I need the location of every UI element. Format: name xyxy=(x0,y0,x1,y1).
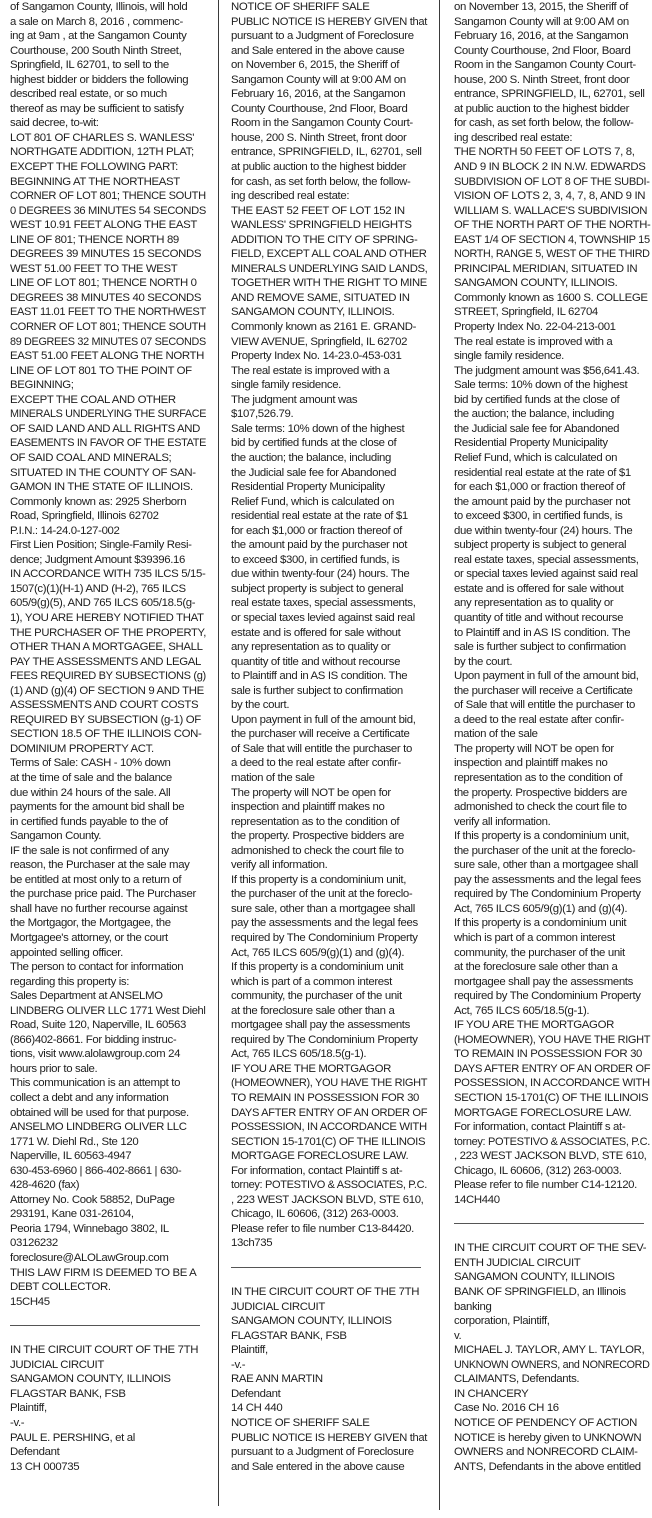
notice-text-line: which is part of a common interest xyxy=(454,931,650,946)
notice-text-line: If this property is a condominium unit, xyxy=(231,873,427,888)
notice-text-line: Act, 765 ILCS 605/9(g)(1) and (g)(4). xyxy=(454,902,650,917)
notice-text-line: (866)402-8661. For bidding instruc- xyxy=(10,1033,206,1048)
notice-text-line: Commonly known as 1600 S. COLLEGE xyxy=(454,291,650,306)
notice-text-line: or special taxes levied against said rea… xyxy=(454,567,650,582)
notice-text-line: Relief Fund, which is calculated on xyxy=(231,495,427,510)
notice-text-line: Mortgagee's attorney, or the court xyxy=(10,931,206,946)
notice-text-line: PAY THE ASSESSMENTS AND LEGAL xyxy=(10,655,206,670)
notice-separator xyxy=(10,1325,200,1326)
notice-text-line: pursuant to a Judgment of Foreclosure xyxy=(231,1445,427,1460)
notice-text-line: JUDICIAL CIRCUIT xyxy=(231,1300,427,1315)
notice-text-line: Please refer to file number C14-12120. xyxy=(454,1178,650,1193)
notice-text-line: POSSESSION, IN ACCORDANCE WITH xyxy=(231,1120,425,1135)
notice-text-line: the purchaser of the unit at the foreclo… xyxy=(231,887,427,902)
notice-text-line: , 223 WEST JACKSON BLVD, STE 610, xyxy=(454,1149,650,1164)
notice-text-line: FLAGSTAR BANK, FSB xyxy=(10,1387,206,1402)
notice-text-line: collect a debt and any information xyxy=(10,1091,206,1106)
notice-text-line: $107,526.79. xyxy=(231,407,427,422)
notice-text-line: NOTICE OF SHERIFF SALE xyxy=(231,0,427,15)
notice-text-line: representation as to the condition of xyxy=(454,771,650,786)
notice-text-line: pay the assessments and the legal fees xyxy=(231,916,427,931)
notice-text-line: NOTICE is hereby given to UNKNOWN xyxy=(454,1431,650,1446)
notice-text-line: TO REMAIN IN POSSESSION FOR 30 xyxy=(454,1047,650,1062)
notice-text-line: DAYS AFTER ENTRY OF AN ORDER OF xyxy=(231,1106,422,1121)
notice-text-line: 605/9(g)(5), AND 765 ILCS 605/18.5(g- xyxy=(10,596,206,611)
notice-text-line: Act, 765 ILCS 605/18.5(g-1). xyxy=(231,1047,427,1062)
notice-text-line: the purchaser will receive a Certificate xyxy=(454,684,650,699)
notice-text-line: SANGAMON COUNTY, ILLINOIS xyxy=(231,1314,427,1329)
notice-text-line: Sangamon County will at 9:00 AM on xyxy=(454,15,650,30)
notice-text-line: Relief Fund, which is calculated on xyxy=(454,451,650,466)
notice-text-line: EASEMENTS IN FAVOR OF THE ESTATE xyxy=(10,436,197,451)
notice-separator xyxy=(454,1223,644,1224)
notice-text-line: Sangamon County will at 9:00 AM on xyxy=(231,73,427,88)
notice-text-line: 89 DEGREES 32 MINUTES 07 SECONDS xyxy=(10,335,196,350)
notice-text-line: real estate taxes, special assessments, xyxy=(454,553,650,568)
notice-text-line: payments for the amount bid shall be xyxy=(10,800,206,815)
notice-text-line: mation of the sale xyxy=(454,727,650,742)
notice-text-line: Act, 765 ILCS 605/9(g)(1) and (g)(4). xyxy=(231,946,427,961)
notice-text-line: required by The Condominium Property xyxy=(231,1033,427,1048)
notice-text-line: VIEW AVENUE, Springfield, IL 62702 xyxy=(231,335,427,350)
notice-text-line: February 16, 2016, at the Sangamon xyxy=(454,29,650,44)
notice-text-line: by the court. xyxy=(231,698,427,713)
notice-text-line: SITUATED IN THE COUNTY OF SAN- xyxy=(10,466,206,481)
notice-text-line: Upon payment in full of the amount bid, xyxy=(231,713,427,728)
notice-text-line: inspection and plaintiff makes no xyxy=(231,800,427,815)
notice-text-line: 0 DEGREES 36 MINUTES 54 SECONDS xyxy=(10,204,202,219)
notice-text-line: FEES REQUIRED BY SUBSECTIONS (g) xyxy=(10,669,200,684)
notice-text-line: SECTION 15-1701(C) OF THE ILLINOIS xyxy=(231,1135,427,1150)
notice-text-line: Sale terms: 10% down of the highest xyxy=(231,422,427,437)
notice-text-line: residential real estate at the rate of $… xyxy=(231,509,427,524)
notice-text-line: of Sale that will entitle the purchaser … xyxy=(231,742,427,757)
notice-text-line: Please refer to file number C13-84420. xyxy=(231,1222,427,1237)
notice-text-line: Chicago, IL 60606, (312) 263-0003. xyxy=(454,1164,650,1179)
notice-text-line: IF YOU ARE THE MORTGAGOR xyxy=(454,1018,650,1033)
notice-text-line: EXCEPT THE COAL AND OTHER xyxy=(10,393,206,408)
notice-text-line: If this property is a condominium unit xyxy=(231,960,427,975)
notice-text-line: ing described real estate: xyxy=(231,189,427,204)
notice-text-line: EAST 11.01 FEET TO THE NORTHWEST xyxy=(10,305,200,320)
notice-text-line: LINDBERG OLIVER LLC 1771 West Diehl xyxy=(10,1004,200,1019)
notice-text-line: community, the purchaser of the unit xyxy=(454,946,650,961)
notice-text-line: Upon payment in full of the amount bid, xyxy=(454,669,650,684)
notice-text-line: GAMON IN THE STATE OF ILLINOIS. xyxy=(10,480,206,495)
notice-text-line: WANLESS' SPRINGFIELD HEIGHTS xyxy=(231,218,427,233)
notice-text-line: If this property is a condominium unit, xyxy=(454,829,650,844)
notice-text-line: for each $1,000 or fraction thereof of xyxy=(454,480,650,495)
notice-text-line: Plaintiff, xyxy=(231,1343,427,1358)
notice-text-line: For information, contact Plaintiff s at- xyxy=(231,1164,427,1179)
notice-text-line: For information, contact Plaintiff s at- xyxy=(454,1120,650,1135)
notice-text-line: Sangamon County. xyxy=(10,829,206,844)
notice-text-line: PUBLIC NOTICE IS HEREBY GIVEN that xyxy=(231,1431,423,1446)
notice-text-line: EXCEPT THE FOLLOWING PART: xyxy=(10,160,206,175)
notice-text-line: MINERALS UNDERLYING SAID LANDS, xyxy=(231,262,425,277)
notice-text-line: at the foreclosure sale other than a xyxy=(454,960,650,975)
notice-text-line: POSSESSION, IN ACCORDANCE WITH xyxy=(454,1076,648,1091)
notice-text-line: RAE ANN MARTIN xyxy=(231,1372,427,1387)
notice-text-line: Springfield, IL 62701, to sell to the xyxy=(10,58,206,73)
notice-text-line: for cash, as set forth below, the follow… xyxy=(231,175,427,190)
notice-text-line: 1771 W. Diehl Rd., Ste 120 xyxy=(10,1135,206,1150)
notice-text-line: ANSELMO LINDBERG OLIVER LLC xyxy=(10,1120,206,1135)
notice-text-line: shall have no further recourse against xyxy=(10,902,206,917)
notice-text-line: PUBLIC NOTICE IS HEREBY GIVEN that xyxy=(231,15,423,30)
notice-text-line: sure sale, other than a mortgagee shall xyxy=(231,902,427,917)
notice-text-line: THE PURCHASER OF THE PROPERTY, xyxy=(10,626,203,641)
notice-text-line: Residential Property Municipality xyxy=(231,480,427,495)
notice-text-line: OTHER THAN A MORTGAGEE, SHALL xyxy=(10,640,206,655)
notice-text-line: real estate taxes, special assessments, xyxy=(231,596,427,611)
notice-text-line: quantity of title and without recourse xyxy=(454,611,650,626)
notice-text-line: NOTICE OF PENDENCY OF ACTION xyxy=(454,1416,650,1431)
notice-text-line: Road, Springfield, Illinois 62702 xyxy=(10,509,206,524)
notice-text-line: Commonly known as: 2925 Sherborn xyxy=(10,495,206,510)
notice-text-line: foreclosure@ALOLawGroup.com xyxy=(10,1251,206,1266)
notice-text-line: Commonly known as 2161 E. GRAND- xyxy=(231,320,427,335)
legal-notice: NOTICE OF SHERIFF SALEPUBLIC NOTICE IS H… xyxy=(231,0,427,1251)
notice-text-line: admonished to check the court file to xyxy=(231,844,427,859)
notice-text-line: CORNER OF LOT 801; THENCE SOUTH xyxy=(10,320,201,335)
notice-text-line: (1) AND (g)(4) OF SECTION 9 AND THE xyxy=(10,684,206,699)
legal-notice: of Sangamon County, Illinois, will holda… xyxy=(10,0,206,1309)
notice-text-line: due within twenty-four (24) hours. The xyxy=(231,567,427,582)
notice-text-line: at the time of sale and the balance xyxy=(10,771,206,786)
notice-text-line: The property will NOT be open for xyxy=(231,786,427,801)
notice-text-line: DAYS AFTER ENTRY OF AN ORDER OF xyxy=(454,1062,645,1077)
notice-text-line: The judgment amount was $56,641.43. xyxy=(454,364,650,379)
notice-text-line: required by The Condominium Property xyxy=(454,989,650,1004)
notice-text-line: The real estate is improved with a xyxy=(454,335,650,350)
notice-text-line: ANTS, Defendants in the above entitled xyxy=(454,1460,650,1475)
notice-text-line: If this property is a condominium unit xyxy=(454,916,650,931)
notice-text-line: County Courthouse, 2nd Floor, Board xyxy=(454,44,650,59)
notice-text-line: sale is further subject to confirmation xyxy=(454,640,650,655)
notice-text-line: Road, Suite 120, Naperville, IL 60563 xyxy=(10,1018,206,1033)
legal-notices-page: of Sangamon County, Illinois, will holda… xyxy=(0,0,652,1518)
notice-text-line: THE EAST 52 FEET OF LOT 152 IN xyxy=(231,204,427,219)
notice-text-line: UNKNOWN OWNERS, and NONRECORD xyxy=(454,1358,639,1373)
notice-text-line: (HOMEOWNER), YOU HAVE THE RIGHT xyxy=(454,1033,643,1048)
notice-text-line: ing described real estate: xyxy=(454,131,650,146)
notice-text-line: IN ACCORDANCE WITH 735 ILCS 5/15- xyxy=(10,567,206,582)
notice-text-line: due within twenty-four (24) hours. The xyxy=(454,524,650,539)
notice-text-line: 14CH440 xyxy=(454,1193,650,1208)
notice-text-line: Case No. 2016 CH 16 xyxy=(454,1401,650,1416)
notice-text-line: by the court. xyxy=(454,655,650,670)
notice-text-line: OF THE NORTH PART OF THE NORTH- xyxy=(454,218,648,233)
column-left: of Sangamon County, Illinois, will holda… xyxy=(10,0,206,1474)
notice-text-line: bid by certified funds at the close of xyxy=(454,393,650,408)
notice-text-line: IF YOU ARE THE MORTGAGOR xyxy=(231,1062,427,1077)
notice-text-line: Property Index No. 14-23.0-453-031 xyxy=(231,349,427,364)
notice-text-line: EAST 1/4 OF SECTION 4, TOWNSHIP 15 xyxy=(454,233,644,248)
notice-text-line: sale is further subject to confirmation xyxy=(231,684,427,699)
notice-text-line: and Sale entered in the above cause xyxy=(231,1460,427,1475)
notice-separator xyxy=(231,1267,421,1268)
notice-text-line: verify all information. xyxy=(454,815,650,830)
notice-text-line: a sale on March 8, 2016 , commenc- xyxy=(10,15,206,30)
notice-text-line: in certified funds payable to the of xyxy=(10,815,206,830)
notice-text-line: the property. Prospective bidders are xyxy=(231,829,427,844)
notice-text-line: on November 6, 2015, the Sheriff of xyxy=(231,58,427,73)
notice-text-line: P.I.N.: 14-24.0-127-002 xyxy=(10,524,206,539)
notice-text-line: community, the purchaser of the unit xyxy=(231,989,427,1004)
notice-text-line: 13 CH 000735 xyxy=(10,1460,206,1475)
notice-text-line: Plaintiff, xyxy=(10,1401,206,1416)
notice-text-line: mortgagee shall pay the assessments xyxy=(231,1018,427,1033)
notice-text-line: STREET, Springfield, IL 62704 xyxy=(454,305,650,320)
notice-text-line: the property. Prospective bidders are xyxy=(454,786,650,801)
notice-text-line: February 16, 2016, at the Sangamon xyxy=(231,87,427,102)
notice-text-line: IN CHANCERY xyxy=(454,1387,650,1402)
notice-text-line: Room in the Sangamon County Court- xyxy=(454,58,650,73)
notice-text-line: SANGAMON COUNTY, ILLINOIS. xyxy=(231,305,427,320)
notice-text-line: The property will NOT be open for xyxy=(454,742,650,757)
notice-text-line: of Sale that will entitle the purchaser … xyxy=(454,698,650,713)
notice-text-line: SECTION 18.5 OF THE ILLINOIS CON- xyxy=(10,727,206,742)
notice-text-line: and Sale entered in the above cause xyxy=(231,44,427,59)
notice-text-line: the purchaser will receive a Certificate xyxy=(231,727,427,742)
notice-text-line: PRINCIPAL MERIDIAN, SITUATED IN xyxy=(454,262,650,277)
notice-text-line: , 223 WEST JACKSON BLVD, STE 610, xyxy=(231,1193,427,1208)
notice-text-line: the purchaser of the unit at the foreclo… xyxy=(454,844,650,859)
notice-text-line: 428-4620 (fax) xyxy=(10,1178,206,1193)
notice-text-line: Defendant xyxy=(231,1387,427,1402)
notice-text-line: described real estate, or so much xyxy=(10,87,206,102)
notice-text-line: the auction; the balance, including xyxy=(454,407,650,422)
notice-text-line: a deed to the real estate after confir- xyxy=(231,756,427,771)
notice-text-line: BANK OF SPRINGFIELD, an Illinois xyxy=(454,1285,650,1300)
notice-text-line: hours prior to sale. xyxy=(10,1062,206,1077)
notice-text-line: pursuant to a Judgment of Foreclosure xyxy=(231,29,427,44)
notice-text-line: Terms of Sale: CASH - 10% down xyxy=(10,756,206,771)
notice-text-line: verify all information. xyxy=(231,858,427,873)
notice-text-line: mation of the sale xyxy=(231,771,427,786)
notice-text-line: First Lien Position; Single-Family Resi- xyxy=(10,538,206,553)
notice-text-line: for cash, as set forth below, the follow… xyxy=(454,116,650,131)
notice-text-line: DEBT COLLECTOR. xyxy=(10,1280,206,1295)
notice-text-line: admonished to check the court file to xyxy=(454,800,650,815)
notice-text-line: BEGINNING; xyxy=(10,378,206,393)
notice-text-line: the purchase price paid. The Purchaser xyxy=(10,887,206,902)
notice-text-line: WEST 10.91 FEET ALONG THE EAST xyxy=(10,218,206,233)
notice-text-line: FLAGSTAR BANK, FSB xyxy=(231,1329,427,1344)
notice-text-line: house, 200 S. Ninth Street, front door xyxy=(454,73,650,88)
notice-text-line: 1507(c)(1)(H-1) AND (H-2), 765 ILCS xyxy=(10,582,206,597)
notice-text-line: TO REMAIN IN POSSESSION FOR 30 xyxy=(231,1091,427,1106)
notice-text-line: SUBDIVISION OF LOT 8 OF THE SUBDI- xyxy=(454,175,644,190)
notice-text-line: TOGETHER WITH THE RIGHT TO MINE xyxy=(231,276,424,291)
notice-text-line: ENTH JUDICIAL CIRCUIT xyxy=(454,1256,650,1271)
notice-text-line: DEGREES 38 MINUTES 40 SECONDS xyxy=(10,291,206,306)
notice-text-line: -v.- xyxy=(231,1358,427,1373)
notice-text-line: The person to contact for information xyxy=(10,960,206,975)
notice-text-line: LINE OF LOT 801 TO THE POINT OF xyxy=(10,364,206,379)
notice-text-line: a deed to the real estate after confir- xyxy=(454,713,650,728)
notice-text-line: at public auction to the highest bidder xyxy=(454,102,650,117)
notice-text-line: SANGAMON COUNTY, ILLINOIS xyxy=(10,1372,206,1387)
notice-text-line: to Plaintiff and in AS IS condition. The xyxy=(231,669,427,684)
notice-text-line: IN THE CIRCUIT COURT OF THE 7TH xyxy=(10,1343,206,1358)
notice-text-line: EAST 51.00 FEET ALONG THE NORTH xyxy=(10,349,206,364)
notice-text-line: estate and is offered for sale without xyxy=(454,582,650,597)
notice-text-line: MINERALS UNDERLYING THE SURFACE xyxy=(10,407,196,422)
notice-text-line: NORTH, RANGE 5, WEST OF THE THIRD xyxy=(454,247,640,262)
notice-text-line: single family residence. xyxy=(231,378,427,393)
notice-text-line: Act, 765 ILCS 605/18.5(g-1). xyxy=(454,1004,650,1019)
notice-text-line: required by The Condominium Property xyxy=(231,931,427,946)
notice-text-line: to exceed $300, in certified funds, is xyxy=(454,509,650,524)
notice-text-line: County Courthouse, 2nd Floor, Board xyxy=(231,102,427,117)
notice-text-line: representation as to the condition of xyxy=(231,815,427,830)
notice-text-line: subject property is subject to general xyxy=(454,538,650,553)
notice-text-line: any representation as to quality or xyxy=(454,596,650,611)
column-divider xyxy=(218,0,219,1506)
notice-text-line: OWNERS and NONRECORD CLAIM- xyxy=(454,1445,650,1460)
notice-text-line: NORTHGATE ADDITION, 12TH PLAT; xyxy=(10,145,206,160)
legal-notice: on November 13, 2015, the Sheriff ofSang… xyxy=(454,0,650,1207)
notice-text-line: OF SAID COAL AND MINERALS; xyxy=(10,451,206,466)
notice-text-line: Defendant xyxy=(10,1445,206,1460)
column-divider xyxy=(439,0,440,1510)
notice-text-line: entrance, SPRINGFIELD, IL, 62701, sell xyxy=(231,145,427,160)
column-middle: NOTICE OF SHERIFF SALEPUBLIC NOTICE IS H… xyxy=(231,0,427,1474)
notice-text-line: IN THE CIRCUIT COURT OF THE SEV- xyxy=(454,1241,650,1256)
notice-text-line: corporation, Plaintiff, xyxy=(454,1314,650,1329)
notice-text-line: v. xyxy=(454,1329,650,1344)
notice-text-line: THE NORTH 50 FEET OF LOTS 7, 8, xyxy=(454,145,650,160)
notice-text-line: house, 200 S. Ninth Street, front door xyxy=(231,131,427,146)
notice-text-line: the Judicial sale fee for Abandoned xyxy=(231,466,427,481)
notice-text-line: SANGAMON COUNTY, ILLINOIS xyxy=(454,1270,650,1285)
notice-text-line: FIELD, EXCEPT ALL COAL AND OTHER xyxy=(231,247,424,262)
notice-text-line: The real estate is improved with a xyxy=(231,364,427,379)
notice-text-line: Attorney No. Cook 58852, DuPage xyxy=(10,1193,206,1208)
notice-text-line: ADDITION TO THE CITY OF SPRING- xyxy=(231,233,427,248)
notice-text-line: AND 9 IN BLOCK 2 IN N.W. EDWARDS xyxy=(454,160,650,175)
notice-text-line: IN THE CIRCUIT COURT OF THE 7TH xyxy=(231,1285,427,1300)
notice-text-line: Sales Department at ANSELMO xyxy=(10,989,206,1004)
notice-text-line: bid by certified funds at the close of xyxy=(231,436,427,451)
notice-text-line: the Judicial sale fee for Abandoned xyxy=(454,422,650,437)
notice-text-line: for each $1,000 or fraction thereof of xyxy=(231,524,427,539)
notice-text-line: or special taxes levied against said rea… xyxy=(231,611,427,626)
notice-text-line: to Plaintiff and in AS IS condition. The xyxy=(454,626,650,641)
notice-text-line: inspection and plaintiff makes no xyxy=(454,756,650,771)
notice-text-line: mortgagee shall pay the assessments xyxy=(454,975,650,990)
notice-text-line: residential real estate at the rate of $… xyxy=(454,466,650,481)
notice-text-line: banking xyxy=(454,1300,650,1315)
notice-text-line: REQUIRED BY SUBSECTION (g-1) OF xyxy=(10,713,206,728)
notice-text-line: due within 24 hours of the sale. All xyxy=(10,786,206,801)
notice-text-line: Naperville, IL 60563-4947 xyxy=(10,1149,206,1164)
notice-text-line: the auction; the balance, including xyxy=(231,451,427,466)
notice-text-line: at the foreclosure sale other than a xyxy=(231,1004,427,1019)
notice-text-line: Sale terms: 10% down of the highest xyxy=(454,378,650,393)
notice-text-line: Peoria 1794, Winnebago 3802, IL xyxy=(10,1222,206,1237)
notice-text-line: reason, the Purchaser at the sale may xyxy=(10,858,206,873)
notice-text-line: of Sangamon County, Illinois, will hold xyxy=(10,0,206,15)
notice-text-line: MORTGAGE FORECLOSURE LAW. xyxy=(231,1149,427,1164)
notice-text-line: LOT 801 OF CHARLES S. WANLESS' xyxy=(10,131,206,146)
legal-notice: IN THE CIRCUIT COURT OF THE SEV-ENTH JUD… xyxy=(454,1241,650,1474)
notice-text-line: -v.- xyxy=(10,1416,206,1431)
notice-text-line: estate and is offered for sale without xyxy=(231,626,427,641)
notice-text-line: JUDICIAL CIRCUIT xyxy=(10,1358,206,1373)
notice-text-line: said decree, to-wit: xyxy=(10,116,206,131)
notice-text-line: PAUL E. PERSHING, et al xyxy=(10,1431,206,1446)
notice-text-line: Chicago, IL 60606, (312) 263-0003. xyxy=(231,1207,427,1222)
notice-text-line: THIS LAW FIRM IS DEEMED TO BE A xyxy=(10,1266,206,1281)
notice-text-line: VISION OF LOTS 2, 3, 4, 7, 8, AND 9 IN xyxy=(454,189,650,204)
notice-text-line: WEST 51.00 FEET TO THE WEST xyxy=(10,262,206,277)
notice-text-line: NOTICE OF SHERIFF SALE xyxy=(231,1416,427,1431)
notice-text-line: CORNER OF LOT 801; THENCE SOUTH xyxy=(10,189,201,204)
legal-notice: IN THE CIRCUIT COURT OF THE 7THJUDICIAL … xyxy=(10,1343,206,1474)
notice-text-line: 630-453-6960 | 866-402-8661 | 630- xyxy=(10,1164,206,1179)
notice-text-line: 1), YOU ARE HEREBY NOTIFIED THAT xyxy=(10,611,206,626)
notice-text-line: 13ch735 xyxy=(231,1236,427,1251)
notice-text-line: dence; Judgment Amount $39396.16 xyxy=(10,553,206,568)
notice-text-line: appointed selling officer. xyxy=(10,946,206,961)
notice-text-line: DOMINIUM PROPERTY ACT. xyxy=(10,742,206,757)
notice-text-line: Property Index No. 22-04-213-001 xyxy=(454,320,650,335)
notice-text-line: the Mortgagor, the Mortgagee, the xyxy=(10,916,206,931)
notice-text-line: at public auction to the highest bidder xyxy=(231,160,427,175)
notice-text-line: torney: POTESTIVO & ASSOCIATES, P.C. xyxy=(454,1135,643,1150)
notice-text-line: which is part of a common interest xyxy=(231,975,427,990)
notice-text-line: 14 CH 440 xyxy=(231,1401,427,1416)
notice-text-line: on November 13, 2015, the Sheriff of xyxy=(454,0,650,15)
notice-text-line: any representation as to quality or xyxy=(231,640,427,655)
notice-text-line: The judgment amount was xyxy=(231,393,427,408)
notice-text-line: subject property is subject to general xyxy=(231,582,427,597)
notice-text-line: This communication is an attempt to xyxy=(10,1076,206,1091)
notice-text-line: entrance, SPRINGFIELD, IL, 62701, sell xyxy=(454,87,650,102)
notice-text-line: BEGINNING AT THE NORTHEAST xyxy=(10,175,206,190)
notice-text-line: required by The Condominium Property xyxy=(454,887,650,902)
notice-text-line: torney: POTESTIVO & ASSOCIATES, P.C. xyxy=(231,1178,420,1193)
notice-text-line: WILLIAM S. WALLACE'S SUBDIVISION xyxy=(454,204,650,219)
column-right: on November 13, 2015, the Sheriff ofSang… xyxy=(454,0,650,1474)
notice-text-line: thereof as may be sufficient to satisfy xyxy=(10,102,206,117)
notice-text-line: the amount paid by the purchaser not xyxy=(454,495,650,510)
notice-text-line: be entitled at most only to a return of xyxy=(10,873,206,888)
notice-text-line: (HOMEOWNER), YOU HAVE THE RIGHT xyxy=(231,1076,420,1091)
notice-text-line: tions, visit www.alolawgroup.com 24 xyxy=(10,1047,206,1062)
legal-notice: IN THE CIRCUIT COURT OF THE 7THJUDICIAL … xyxy=(231,1285,427,1474)
notice-text-line: SECTION 15-1701(C) OF THE ILLINOIS xyxy=(454,1091,650,1106)
notice-text-line: MORTGAGE FORECLOSURE LAW. xyxy=(454,1106,650,1121)
notice-text-line: 293191, Kane 031-26104, xyxy=(10,1207,206,1222)
notice-text-line: 15CH45 xyxy=(10,1295,206,1310)
notice-text-line: highest bidder or bidders the following xyxy=(10,73,206,88)
notice-text-line: Residential Property Municipality xyxy=(454,436,650,451)
notice-text-line: LINE OF 801; THENCE NORTH 89 xyxy=(10,233,206,248)
notice-text-line: to exceed $300, in certified funds, is xyxy=(231,553,427,568)
notice-text-line: ing at 9am , at the Sangamon County xyxy=(10,29,206,44)
notice-text-line: Courthouse, 200 South Ninth Street, xyxy=(10,44,206,59)
notice-text-line: quantity of title and without recourse xyxy=(231,655,427,670)
notice-text-line: AND REMOVE SAME, SITUATED IN xyxy=(231,291,427,306)
notice-text-line: obtained will be used for that purpose. xyxy=(10,1106,206,1121)
notice-text-line: SANGAMON COUNTY, ILLINOIS. xyxy=(454,276,650,291)
notice-text-line: regarding this property is: xyxy=(10,975,206,990)
notice-text-line: sure sale, other than a mortgagee shall xyxy=(454,858,650,873)
